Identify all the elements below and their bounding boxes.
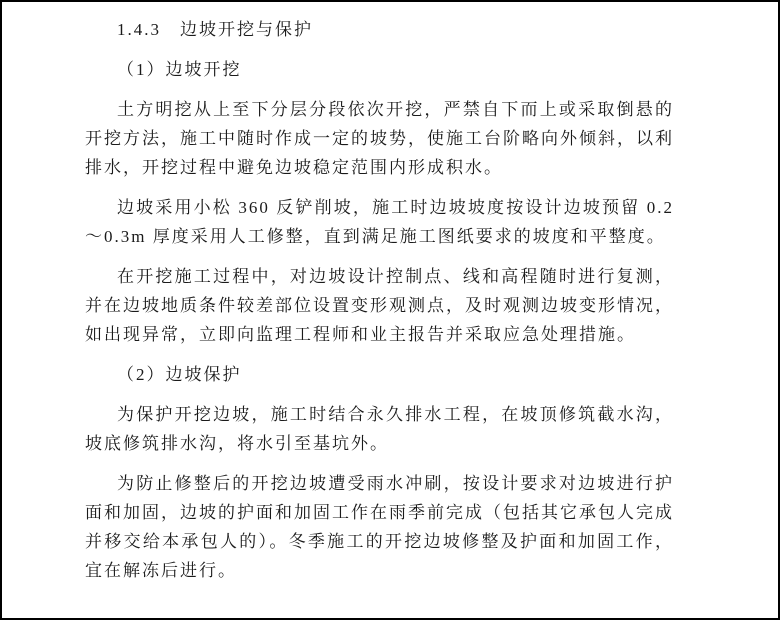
subsection-heading-slope-excavation: （1）边坡开挖 [85, 55, 674, 84]
paragraph-slope-reinforcement: 为防止修整后的开挖边坡遭受雨水冲刷，按设计要求对边坡进行护面和加固，边坡的护面和… [85, 469, 674, 585]
paragraph-slope-trimming: 边坡采用小松 360 反铲削坡，施工时边坡坡度按设计边坡预留 0.2～0.3m … [85, 193, 674, 251]
section-heading: 1.4.3 边坡开挖与保护 [85, 15, 674, 44]
paragraph-excavation-method: 土方明挖从上至下分层分段依次开挖，严禁自下而上或采取倒悬的开挖方法，施工中随时作… [85, 95, 674, 182]
paragraph-drainage: 为保护开挖边坡，施工时结合永久排水工程，在坡顶修筑截水沟，坡底修筑排水沟，将水引… [85, 400, 674, 458]
subsection-heading-slope-protection: （2）边坡保护 [85, 360, 674, 389]
paragraph-monitoring: 在开挖施工过程中，对边坡设计控制点、线和高程随时进行复测，并在边坡地质条件较差部… [85, 262, 674, 349]
document-page: 1.4.3 边坡开挖与保护 （1）边坡开挖 土方明挖从上至下分层分段依次开挖，严… [0, 0, 780, 620]
document-body: 1.4.3 边坡开挖与保护 （1）边坡开挖 土方明挖从上至下分层分段依次开挖，严… [85, 15, 674, 585]
